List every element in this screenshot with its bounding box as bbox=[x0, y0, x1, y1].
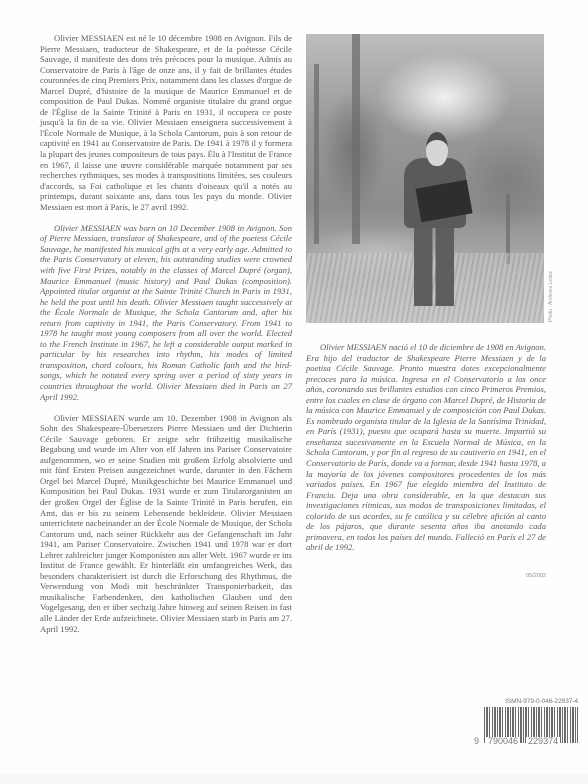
page-bottom-edge bbox=[0, 774, 588, 784]
biography-french: Olivier MESSIAEN est né le 10 décembre 1… bbox=[40, 33, 292, 212]
biography-german: Olivier MESSIAEN wurde am 10. Dezember 1… bbox=[40, 413, 292, 634]
figure-legs bbox=[414, 224, 454, 306]
photo-credit: Photo : Archives Leduc bbox=[548, 271, 554, 322]
barcode-lead-digit: 9 bbox=[474, 737, 484, 746]
left-column: Olivier MESSIAEN est né le 10 décembre 1… bbox=[40, 33, 292, 634]
barcode-digits: 9 790046 229374 bbox=[474, 737, 578, 746]
barcode-block: ISMN-979-0-046-22937-4 9 790046 229374 bbox=[474, 698, 578, 746]
ismn-number: ISMN-979-0-046-22937-4 bbox=[474, 698, 578, 705]
biography-english: Olivier MESSIAEN was born on 10 December… bbox=[40, 223, 292, 402]
barcode-group-1: 790046 bbox=[486, 737, 520, 746]
biography-spanish: Olivier MESSIAEN nació el 10 de diciembr… bbox=[306, 342, 546, 553]
right-column: Olivier MESSIAEN nació el 10 de diciembr… bbox=[306, 342, 546, 553]
back-cover-page: Olivier MESSIAEN est né le 10 décembre 1… bbox=[0, 0, 588, 784]
tree-trunk bbox=[352, 34, 360, 244]
print-date-code: 05/2002 bbox=[506, 573, 546, 579]
barcode-group-2: 229374 bbox=[526, 737, 560, 746]
composer-photo bbox=[306, 34, 544, 323]
tree-trunk bbox=[314, 64, 319, 244]
figure-head bbox=[426, 132, 448, 166]
